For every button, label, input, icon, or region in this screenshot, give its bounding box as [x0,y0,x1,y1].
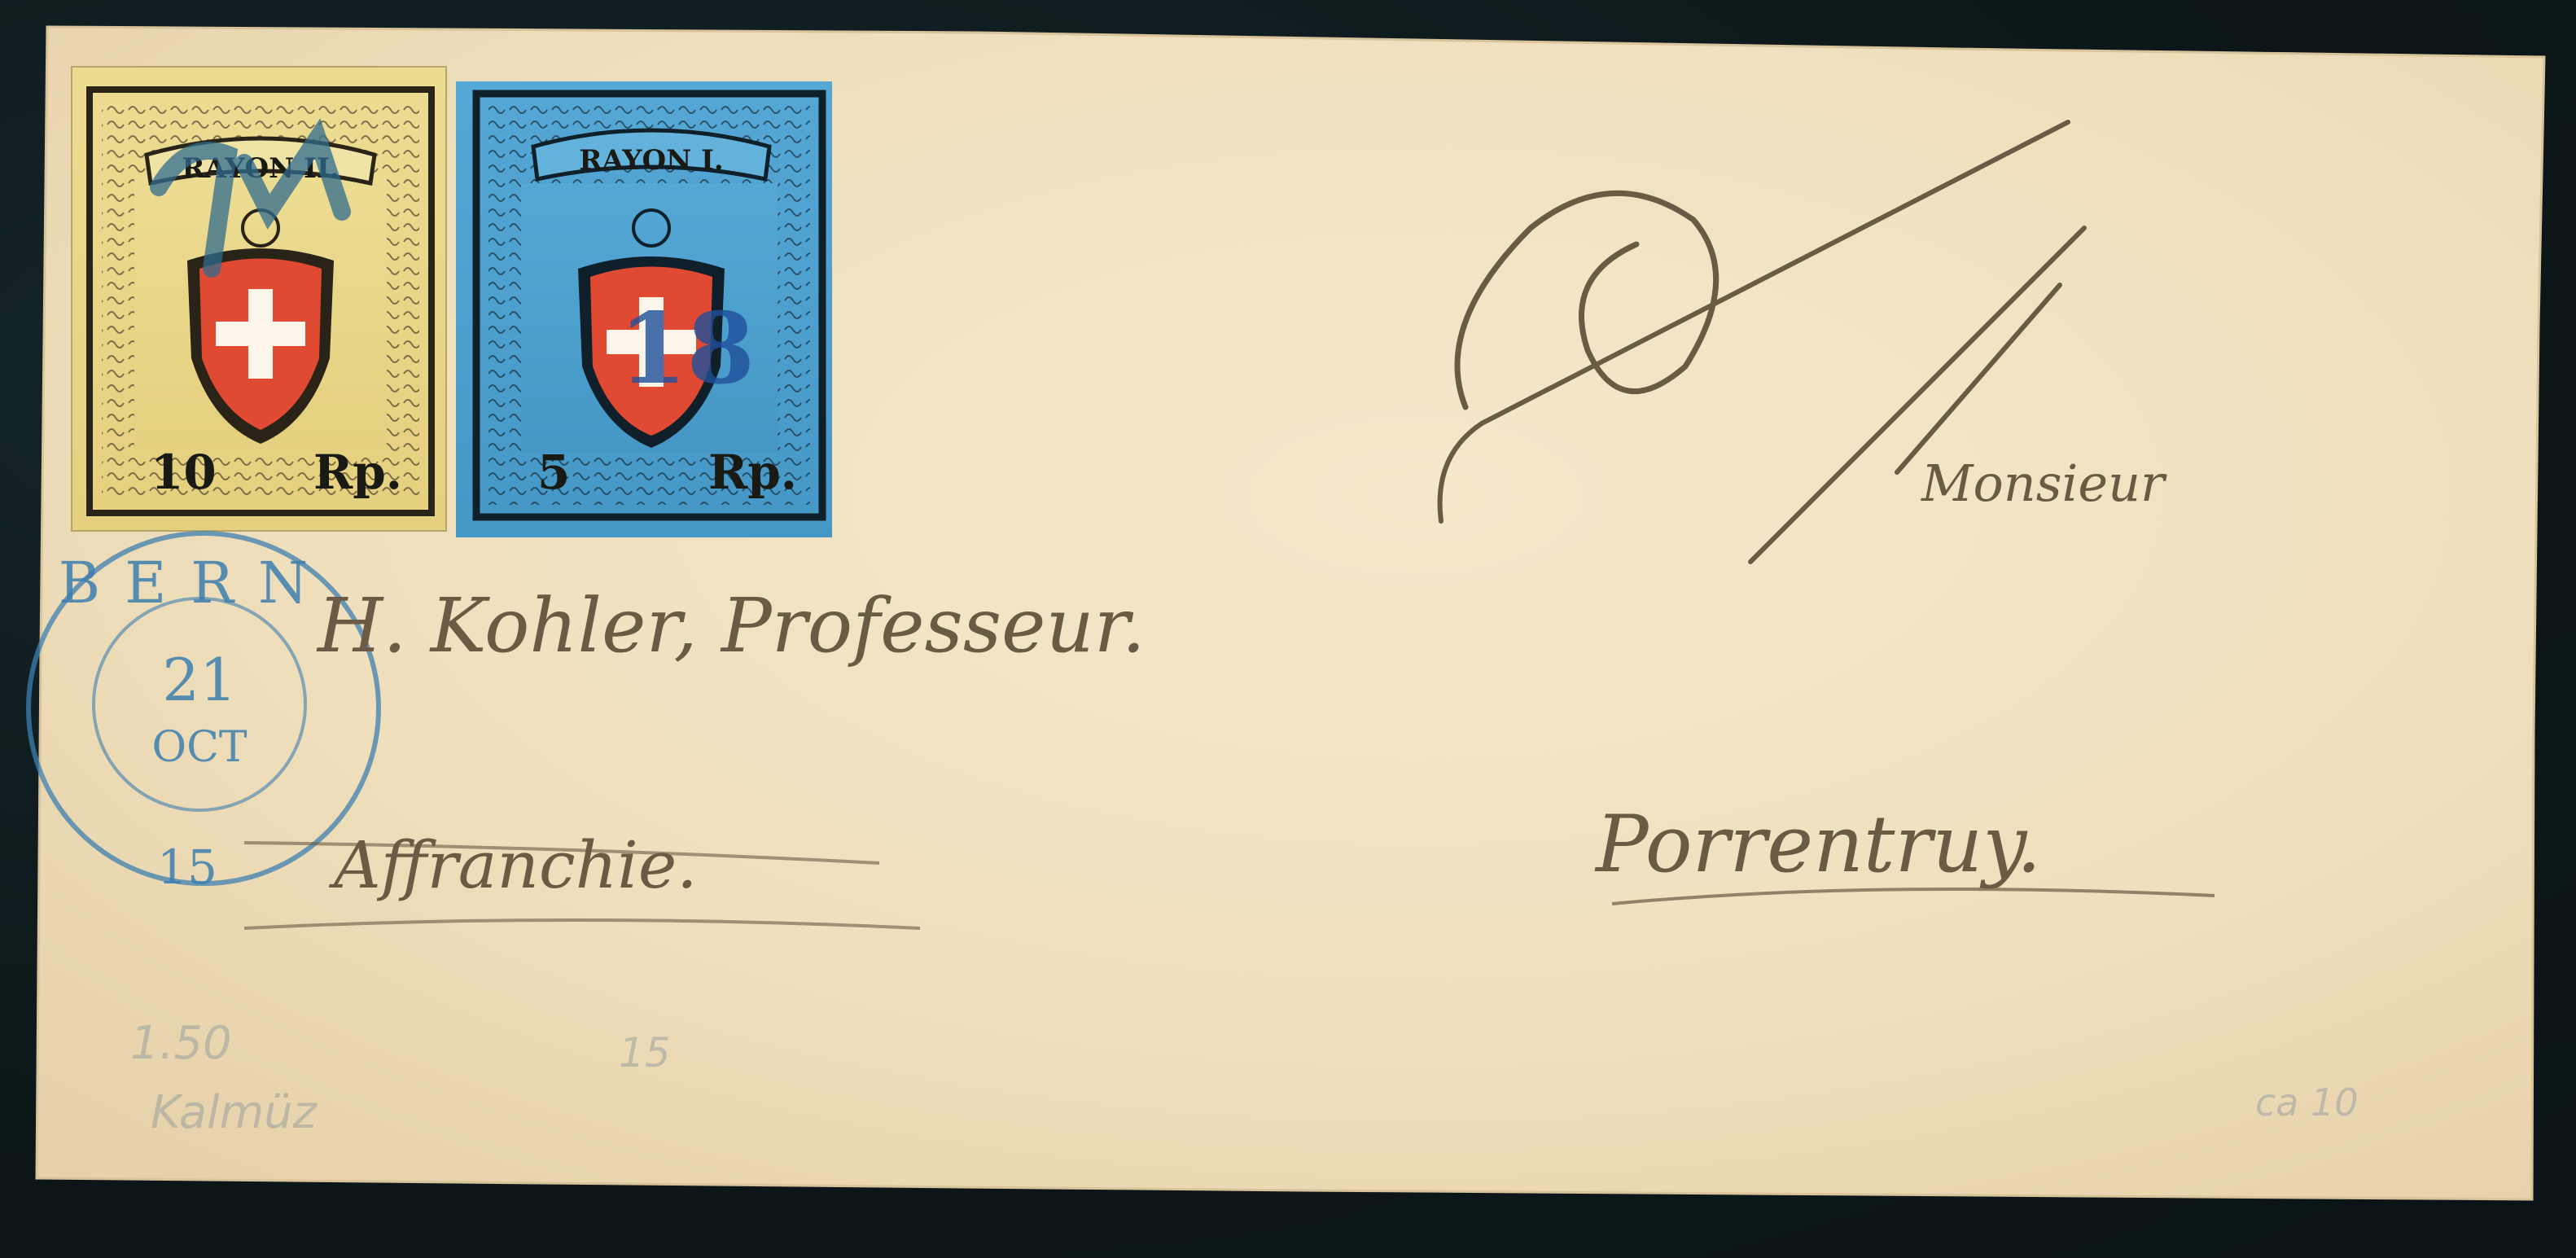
salutation: Monsieur [1921,454,2167,513]
stamp-unit: Rp. [708,445,797,500]
stamp-unit: Rp. [313,445,402,500]
postage-note: Affranchie. [328,827,698,903]
recipient-name: H. Kohler, Professeur. [316,582,1146,669]
stamp-value: 5 [537,445,570,500]
postmark-month: OCT [151,723,247,772]
stamp-rayon-i: RAYON I. 5 Rp. 18 [456,81,832,537]
pencil-price: 1.50 [130,1017,232,1070]
stamp-value: 10 [151,445,217,500]
cancel-mark: 18 [619,291,755,406]
destination-city: Porrentruy. [1594,799,2041,890]
postmark-year: 15 [157,839,217,895]
cover-scene: RAYON II. 10 Rp. RAYON I. 5 [0,0,2576,1258]
pencil-number: 15 [619,1029,671,1076]
cover-paper: RAYON II. 10 Rp. RAYON I. 5 [0,0,2576,1258]
stamp-header: RAYON I. [579,144,724,177]
pencil-catalog: Kalmüz [151,1086,318,1139]
stamp-rayon-ii: RAYON II. 10 Rp. [72,67,446,531]
pencil-note-right: ca 10 [2255,1080,2359,1124]
postmark-city: BERN [59,550,333,616]
postmark-day: 21 [162,646,237,714]
